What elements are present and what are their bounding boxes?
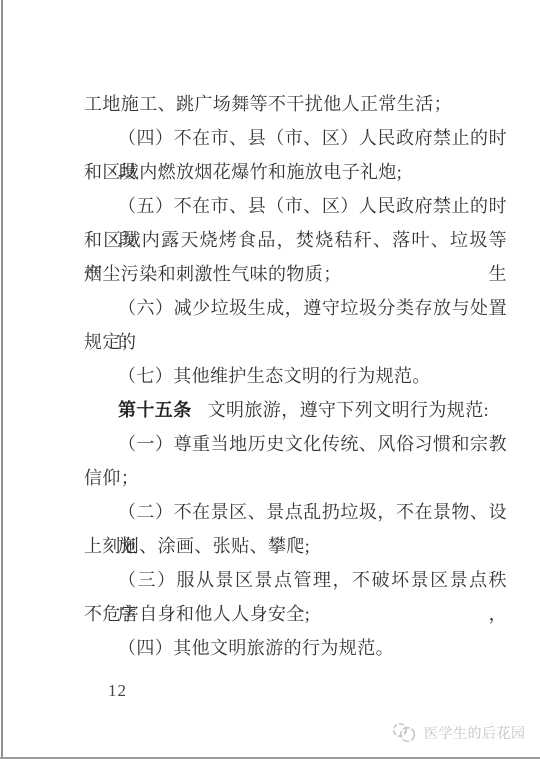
article-number: 第十五条 bbox=[118, 400, 192, 420]
page-edge-line-left bbox=[1, 0, 3, 759]
watermark: 医学生的后花园 bbox=[392, 721, 526, 745]
scribble-logo-icon bbox=[392, 722, 417, 744]
text-line: 第十五条文明旅游，遵守下列文明行为规范: bbox=[84, 393, 507, 427]
text-line: （四）不在市、县（市、区）人民政府禁止的时段 bbox=[84, 121, 507, 155]
text-line: 工地施工、跳广场舞等不干扰他人正常生活； bbox=[84, 87, 507, 121]
text-line: 上刻划、涂画、张贴、攀爬; bbox=[84, 529, 507, 563]
text-line: 和区域内燃放烟花爆竹和施放电子礼炮; bbox=[84, 155, 507, 189]
text-line: （四）其他文明旅游的行为规范。 bbox=[84, 631, 507, 665]
text-line: （六）减少垃圾生成，遵守垃圾分类存放与处置的 bbox=[84, 291, 507, 325]
text-line: 规定； bbox=[84, 325, 507, 359]
text-line: 信仰； bbox=[84, 461, 507, 495]
article-text: 文明旅游，遵守下列文明行为规范: bbox=[208, 400, 489, 420]
text-line: （七）其他维护生态文明的行为规范。 bbox=[84, 359, 507, 393]
text-line: （五）不在市、县（市、区）人民政府禁止的时段 bbox=[84, 189, 507, 223]
text-line: （二）不在景区、景点乱扔垃圾，不在景物、设施 bbox=[84, 495, 507, 529]
text-line: （三）服从景区景点管理，不破坏景区景点秩序， bbox=[84, 563, 507, 597]
text-line: （一）尊重当地历史文化传统、风俗习惯和宗教 bbox=[84, 427, 507, 461]
watermark-label: 医学生的后花园 bbox=[424, 723, 526, 743]
document-page: 工地施工、跳广场舞等不干扰他人正常生活；（四）不在市、县（市、区）人民政府禁止的… bbox=[0, 0, 540, 759]
text-line: 和区域内露天烧烤食品，焚烧秸秆、落叶、垃圾等产生 bbox=[84, 223, 507, 257]
document-body: 工地施工、跳广场舞等不干扰他人正常生活；（四）不在市、县（市、区）人民政府禁止的… bbox=[84, 87, 507, 665]
page-number: 12 bbox=[108, 680, 127, 702]
